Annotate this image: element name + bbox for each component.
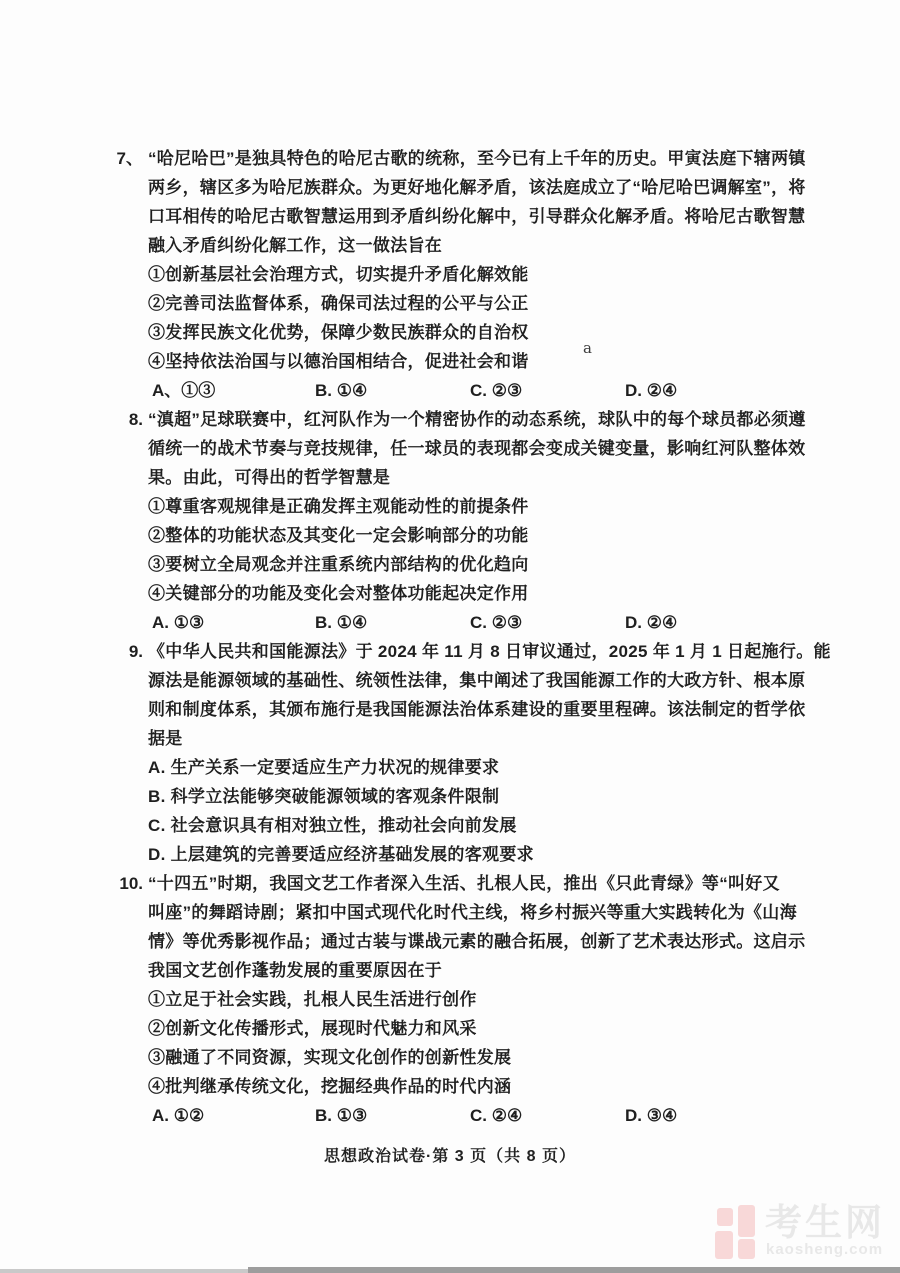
logo-block-right-top — [738, 1205, 755, 1237]
question-9-stem-line: 则和制度体系，其颁布施行是我国能源法治体系建设的重要里程碑。该法制定的哲学依 — [148, 695, 900, 724]
question-10-option-1: ①立足于社会实践，扎根人民生活进行创作 — [148, 985, 900, 1014]
question-8-option-4: ④关键部分的功能及变化会对整体功能起决定作用 — [148, 579, 900, 608]
question-9-option-b: B. 科学立法能够突破能源领域的客观条件限制 — [148, 782, 900, 811]
question-8-option-1: ①尊重客观规律是正确发挥主观能动性的前提条件 — [148, 492, 900, 521]
question-10-choice-a: A. ①② — [152, 1101, 204, 1130]
question-7-choices-row: A、①③ B. ①④ C. ②③ D. ②④ — [148, 376, 900, 405]
exam-paper-page: 7、 “哈尼哈巴”是独具特色的哈尼古歌的统称，至今已有上千年的历史。甲寅法庭下辖… — [0, 0, 900, 1273]
question-7-choice-a: A、①③ — [152, 376, 215, 405]
question-8-choice-b: B. ①④ — [315, 608, 367, 637]
question-10-choice-b: B. ①③ — [315, 1101, 367, 1130]
question-9-option-d: D. 上层建筑的完善要适应经济基础发展的客观要求 — [148, 840, 900, 869]
watermark-site-name: 考生网 — [765, 1203, 885, 1243]
question-7-stem-line: 融入矛盾纠纷化解工作，这一做法旨在 — [148, 231, 900, 260]
question-9: 9. 《中华人民共和国能源法》于 2024 年 11 月 8 日审议通过，202… — [0, 637, 900, 869]
question-8: 8. “滇超”足球联赛中，红河队作为一个精密协作的动态系统，球队中的每个球员都必… — [0, 405, 900, 637]
question-10-choice-c: C. ②④ — [470, 1101, 522, 1130]
question-8-stem-line: “滇超”足球联赛中，红河队作为一个精密协作的动态系统，球队中的每个球员都必须遵 — [148, 405, 900, 434]
scan-edge-divider-right — [248, 1267, 900, 1273]
question-7-option-1: ①创新基层社会治理方式，切实提升矛盾化解效能 — [148, 260, 900, 289]
question-7-stem-line: 两乡，辖区多为哈尼族群众。为更好地化解矛盾，该法庭成立了“哈尼哈巴调解室”，将 — [148, 173, 900, 202]
kaosheng-logo-icon — [715, 1205, 757, 1260]
question-8-stem-line: 循统一的战术节奏与竞技规律，任一球员的表现都会变成关键变量，影响红河队整体效 — [148, 434, 900, 463]
question-10-stem-line: 情》等优秀影视作品；通过古装与谍战元素的融合拓展，创新了艺术表达形式。这启示 — [148, 927, 900, 956]
scan-edge-divider-left — [0, 1269, 248, 1273]
question-10-choice-d: D. ③④ — [625, 1101, 677, 1130]
question-9-option-a: A. 生产关系一定要适应生产力状况的规律要求 — [148, 753, 900, 782]
page-footer: 思想政治试卷·第 3 页（共 8 页） — [0, 1143, 900, 1166]
question-10-choices-row: A. ①② B. ①③ C. ②④ D. ③④ — [148, 1101, 900, 1130]
question-7-stem-line: 口耳相传的哈尼古歌智慧运用到矛盾纠纷化解中，引导群众化解矛盾。将哈尼古歌智慧 — [148, 202, 900, 231]
question-7: 7、 “哈尼哈巴”是独具特色的哈尼古歌的统称，至今已有上千年的历史。甲寅法庭下辖… — [0, 144, 900, 405]
question-7-option-2: ②完善司法监督体系，确保司法过程的公平与公正 — [148, 289, 900, 318]
question-9-stem-line: 据是 — [148, 724, 900, 753]
question-10-option-3: ③融通了不同资源，实现文化创作的创新性发展 — [148, 1043, 900, 1072]
question-8-option-3: ③要树立全局观念并注重系统内部结构的优化趋向 — [148, 550, 900, 579]
question-9-number: 9. — [0, 637, 143, 666]
question-8-number: 8. — [0, 405, 143, 434]
question-8-choice-a: A. ①③ — [152, 608, 204, 637]
question-9-stem-line: 《中华人民共和国能源法》于 2024 年 11 月 8 日审议通过，2025 年… — [148, 637, 900, 666]
question-8-stem-line: 果。由此，可得出的哲学智慧是 — [148, 463, 900, 492]
logo-block-bottom-right — [738, 1239, 755, 1259]
question-7-stem-line: “哈尼哈巴”是独具特色的哈尼古歌的统称，至今已有上千年的历史。甲寅法庭下辖两镇 — [148, 144, 900, 173]
question-10-option-4: ④批判继承传统文化，挖掘经典作品的时代内涵 — [148, 1072, 900, 1101]
question-10-stem-line: 叫座”的舞蹈诗剧；紧扣中国式现代化时代主线，将乡村振兴等重大实践转化为《山海 — [148, 898, 900, 927]
question-8-choices-row: A. ①③ B. ①④ C. ②③ D. ②④ — [148, 608, 900, 637]
question-7-choice-c: C. ②③ — [470, 376, 522, 405]
question-8-choice-d: D. ②④ — [625, 608, 677, 637]
question-7-choice-d: D. ②④ — [625, 376, 677, 405]
scan-artifact-mark: a — [583, 339, 592, 357]
question-8-choice-c: C. ②③ — [470, 608, 522, 637]
question-10-number: 10. — [0, 869, 143, 898]
question-10-stem-line: “十四五”时期，我国文艺工作者深入生活、扎根人民，推出《只此青绿》等“叫好又 — [148, 869, 900, 898]
question-7-option-3: ③发挥民族文化优势，保障少数民族群众的自治权 — [148, 318, 900, 347]
logo-block-top-left — [717, 1208, 733, 1226]
question-7-choice-b: B. ①④ — [315, 376, 367, 405]
question-9-option-c: C. 社会意识具有相对独立性，推动社会向前发展 — [148, 811, 900, 840]
question-7-option-4: ④坚持依法治国与以德治国相结合，促进社会和谐 — [148, 347, 900, 376]
question-10-stem-line: 我国文艺创作蓬勃发展的重要原因在于 — [148, 956, 900, 985]
watermark-site-domain: kaosheng.com — [766, 1241, 883, 1258]
question-8-option-2: ②整体的功能状态及其变化一定会影响部分的功能 — [148, 521, 900, 550]
logo-block-bottom-left — [715, 1231, 733, 1259]
question-10-option-2: ②创新文化传播形式，展现时代魅力和风采 — [148, 1014, 900, 1043]
question-10: 10. “十四五”时期，我国文艺工作者深入生活、扎根人民，推出《只此青绿》等“叫… — [0, 869, 900, 1130]
question-7-number: 7、 — [0, 144, 143, 173]
question-9-stem-line: 源法是能源领域的基础性、统领性法律，集中阐述了我国能源工作的大政方针、根本原 — [148, 666, 900, 695]
